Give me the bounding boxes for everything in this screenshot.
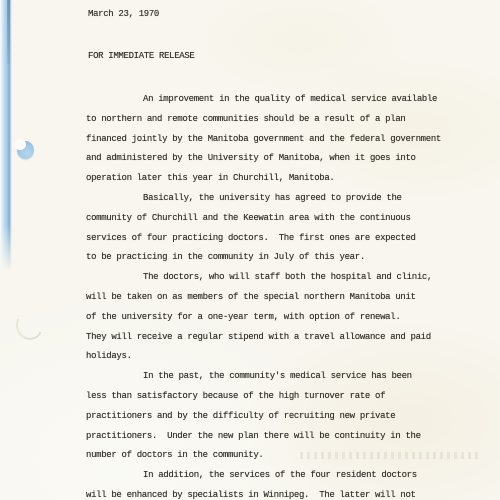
body-line: Basically, the university has agreed to … [86,189,480,209]
body-line: In addition, the services of the four re… [86,466,480,486]
body-line: community of Churchill and the Keewatin … [86,209,480,229]
body-line: and administered by the University of Ma… [86,149,480,169]
body-line: of the university for a one-year term, w… [86,308,480,328]
release-heading: FOR IMMEDIATE RELEASE [88,47,195,65]
body-line: An improvement in the quality of medical… [86,90,480,110]
body-line: to northern and remote communities shoul… [86,110,480,130]
body-line: practitioners and by the difficulty of r… [86,407,480,427]
body-line: less than satisfactory because of the hi… [86,387,480,407]
body-line: The doctors, who will staff both the hos… [86,268,480,288]
body-text: An improvement in the quality of medical… [86,90,480,500]
scan-binder-edge [0,0,12,276]
body-line: They will receive a regular stipend with… [86,328,480,348]
body-line: financed jointly by the Manitoba governm… [86,130,480,150]
body-line: will be enhanced by specialists in Winni… [86,486,480,500]
press-release-document: March 23, 1970 FOR IMMEDIATE RELEASE An … [0,0,500,500]
body-line: holidays. [86,347,480,367]
body-line: practitioners. Under the new plan there … [86,427,480,447]
hole-reinforcement-sticker [17,141,34,159]
body-line: operation later this year in Churchill, … [86,169,480,189]
body-line: services of four practicing doctors. The… [86,229,480,249]
body-line: will be taken on as members of the speci… [86,288,480,308]
hole-punch-impression [12,308,47,344]
date-line: March 23, 1970 [88,5,159,23]
body-line: to be practicing in the community in Jul… [86,248,480,268]
body-line: In the past, the community's medical ser… [86,367,480,387]
body-line: number of doctors in the community. [86,446,480,466]
